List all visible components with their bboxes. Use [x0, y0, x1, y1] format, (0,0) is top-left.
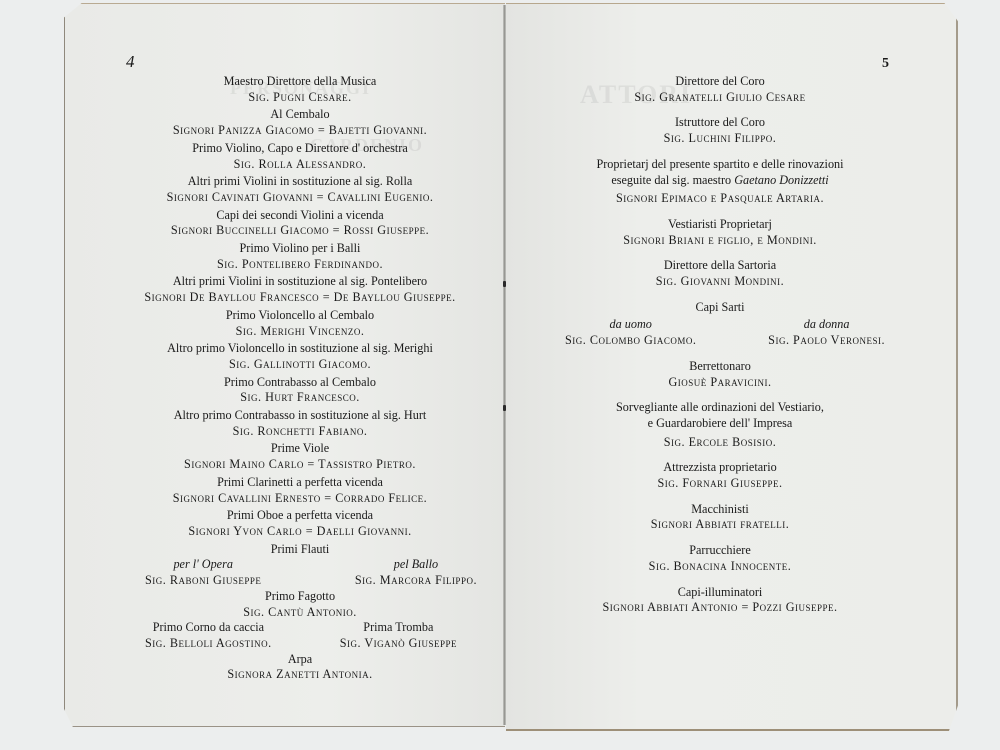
names: Sig. Granatelli Giulio Cesare	[555, 90, 885, 106]
entry: Maestro Direttore della MusicaSig. Pugni…	[115, 74, 485, 105]
entry-proprietari: Proprietarj del presente spartito e dell…	[555, 157, 885, 207]
role: Primo Violino per i Balli	[115, 241, 485, 257]
names: Signora Zanetti Antonia.	[115, 667, 485, 683]
role: Altro primo Contrabasso in sostituzione …	[115, 408, 485, 424]
entry-sarti: Capi Sarti da uomoSig. Colombo Giacomo. …	[555, 300, 885, 349]
entry: Primi Oboe a perfetta vicendaSignori Yvo…	[115, 508, 485, 539]
entry: Primo FagottoSig. Cantù Antonio.	[115, 589, 485, 620]
names: Sig. Cantù Antonio.	[115, 605, 485, 621]
entry: BerrettonaroGiosuè Paravicini.	[555, 359, 885, 390]
entry: Altro primo Violoncello in sostituzione …	[115, 341, 485, 372]
entry: Primi Clarinetti a perfetta vicendaSigno…	[115, 475, 485, 506]
entry: Al CembaloSignori Panizza Giacomo = Baje…	[115, 107, 485, 138]
sub-label: per l' Opera	[145, 557, 261, 573]
entry-corno-tromba: Primo Corno da cacciaSig. Belloli Agosti…	[115, 620, 485, 651]
entry: Istruttore del CoroSig. Luchini Filippo.	[555, 115, 885, 146]
names: Sig. Merighi Vincenzo.	[115, 324, 485, 340]
names: Sig. Gallinotti Giacomo.	[115, 357, 485, 373]
role: Al Cembalo	[115, 107, 485, 123]
role: Arpa	[115, 652, 485, 668]
page-number-left: 4	[126, 52, 135, 72]
entry: ArpaSignora Zanetti Antonia.	[115, 652, 485, 683]
role-line2: e Guardarobiere dell' Impresa	[555, 416, 885, 432]
book-gutter	[503, 5, 506, 725]
role: Capi-illuminatori	[555, 585, 885, 601]
composer-name: Gaetano Donizzetti	[734, 173, 828, 187]
entry: Direttore della SartoriaSig. Giovanni Mo…	[555, 258, 885, 289]
names: Sig. Paolo Veronesi.	[768, 333, 885, 349]
role: Berrettonaro	[555, 359, 885, 375]
role: Macchinisti	[555, 502, 885, 518]
sub-label: da donna	[768, 317, 885, 333]
names: Signori De Bayllou Francesco = De Bayllo…	[115, 290, 485, 306]
names: Sig. Belloli Agostino.	[145, 636, 272, 652]
role: Sorvegliante alle ordinazioni del Vestia…	[555, 400, 885, 416]
entry: Attrezzista proprietarioSig. Fornari Giu…	[555, 460, 885, 491]
page-number-right: 5	[882, 56, 889, 72]
left-page-text: Maestro Direttore della MusicaSig. Pugni…	[115, 74, 485, 683]
role: Istruttore del Coro	[555, 115, 885, 131]
names: Signori Briani e figlio, e Mondini.	[555, 233, 885, 249]
names: Signori Epimaco e Pasquale Artaria.	[555, 191, 885, 207]
role: Attrezzista proprietario	[555, 460, 885, 476]
sub-label: pel Ballo	[355, 557, 477, 573]
binding-stitch	[503, 405, 506, 411]
entry: Capi-illuminatoriSignori Abbiati Antonio…	[555, 585, 885, 616]
names: Signori Buccinelli Giacomo = Rossi Giuse…	[115, 223, 485, 239]
names: Sig. Bonacina Innocente.	[555, 559, 885, 575]
entry: Primo Violino per i BalliSig. Ponteliber…	[115, 241, 485, 272]
entry: Primo Violoncello al CembaloSig. Merighi…	[115, 308, 485, 339]
role: Maestro Direttore della Musica	[115, 74, 485, 90]
entry-sorvegliante: Sorvegliante alle ordinazioni del Vestia…	[555, 400, 885, 450]
entry: ParrucchiereSig. Bonacina Innocente.	[555, 543, 885, 574]
role-line2: eseguite dal sig. maestro Gaetano Donizz…	[555, 173, 885, 189]
entry: Prime VioleSignori Maino Carlo = Tassist…	[115, 441, 485, 472]
entry: Direttore del CoroSig. Granatelli Giulio…	[555, 74, 885, 105]
binding-stitch	[503, 281, 506, 287]
entry: MacchinistiSignori Abbiati fratelli.	[555, 502, 885, 533]
names: Sig. Pugni Cesare.	[115, 90, 485, 106]
role: Proprietarj del presente spartito e dell…	[555, 157, 885, 173]
right-page-text: Direttore del CoroSig. Granatelli Giulio…	[555, 74, 885, 616]
names: Sig. Colombo Giacomo.	[565, 333, 696, 349]
role: Primo Corno da caccia	[145, 620, 272, 636]
names: Sig. Luchini Filippo.	[555, 131, 885, 147]
role: Primo Fagotto	[115, 589, 485, 605]
role: Primo Violino, Capo e Direttore d' orche…	[115, 141, 485, 157]
role: Prime Viole	[115, 441, 485, 457]
names: Signori Abbiati fratelli.	[555, 517, 885, 533]
role: Direttore del Coro	[555, 74, 885, 90]
names: Sig. Giovanni Mondini.	[555, 274, 885, 290]
role: Altro primo Violoncello in sostituzione …	[115, 341, 485, 357]
names: Sig. Fornari Giuseppe.	[555, 476, 885, 492]
entry: Altro primo Contrabasso in sostituzione …	[115, 408, 485, 439]
role: Primi Oboe a perfetta vicenda	[115, 508, 485, 524]
role: Altri primi Violini in sostituzione al s…	[115, 174, 485, 190]
entry: Capi dei secondi Violini a vicendaSignor…	[115, 208, 485, 239]
names: Signori Cavinati Giovanni = Cavallini Eu…	[115, 190, 485, 206]
names: Signori Yvon Carlo = Daelli Giovanni.	[115, 524, 485, 540]
role: Primo Contrabasso al Cembalo	[115, 375, 485, 391]
names: Signori Panizza Giacomo = Bajetti Giovan…	[115, 123, 485, 139]
entry: Primo Contrabasso al CembaloSig. Hurt Fr…	[115, 375, 485, 406]
names: Signori Maino Carlo = Tassistro Pietro.	[115, 457, 485, 473]
entry: Vestiaristi ProprietarjSignori Briani e …	[555, 217, 885, 248]
role: Altri primi Violini in sostituzione al s…	[115, 274, 485, 290]
role: Vestiaristi Proprietarj	[555, 217, 885, 233]
names: Giosuè Paravicini.	[555, 375, 885, 391]
role: Capi Sarti	[555, 300, 885, 316]
role: Capi dei secondi Violini a vicenda	[115, 208, 485, 224]
sub-label: da uomo	[565, 317, 696, 333]
role: Primi Flauti	[115, 542, 485, 558]
entry: Altri primi Violini in sostituzione al s…	[115, 274, 485, 305]
role: Parrucchiere	[555, 543, 885, 559]
role: Primo Violoncello al Cembalo	[115, 308, 485, 324]
entry: Altri primi Violini in sostituzione al s…	[115, 174, 485, 205]
names: Sig. Marcora Filippo.	[355, 573, 477, 589]
names: Sig. Hurt Francesco.	[115, 390, 485, 406]
names: Sig. Pontelibero Ferdinando.	[115, 257, 485, 273]
names: Sig. Viganò Giuseppe	[340, 636, 457, 652]
role: Primi Clarinetti a perfetta vicenda	[115, 475, 485, 491]
role: Prima Tromba	[340, 620, 457, 636]
entry: Primo Violino, Capo e Direttore d' orche…	[115, 141, 485, 172]
names: Sig. Ronchetti Fabiano.	[115, 424, 485, 440]
names: Sig. Ercole Bosisio.	[555, 435, 885, 451]
names: Sig. Raboni Giuseppe	[145, 573, 261, 589]
names: Signori Cavallini Ernesto = Corrado Feli…	[115, 491, 485, 507]
role: Direttore della Sartoria	[555, 258, 885, 274]
names: Signori Abbiati Antonio = Pozzi Giuseppe…	[555, 600, 885, 616]
entry-flauti: Primi Flauti per l' OperaSig. Raboni Giu…	[115, 542, 485, 589]
names: Sig. Rolla Alessandro.	[115, 157, 485, 173]
